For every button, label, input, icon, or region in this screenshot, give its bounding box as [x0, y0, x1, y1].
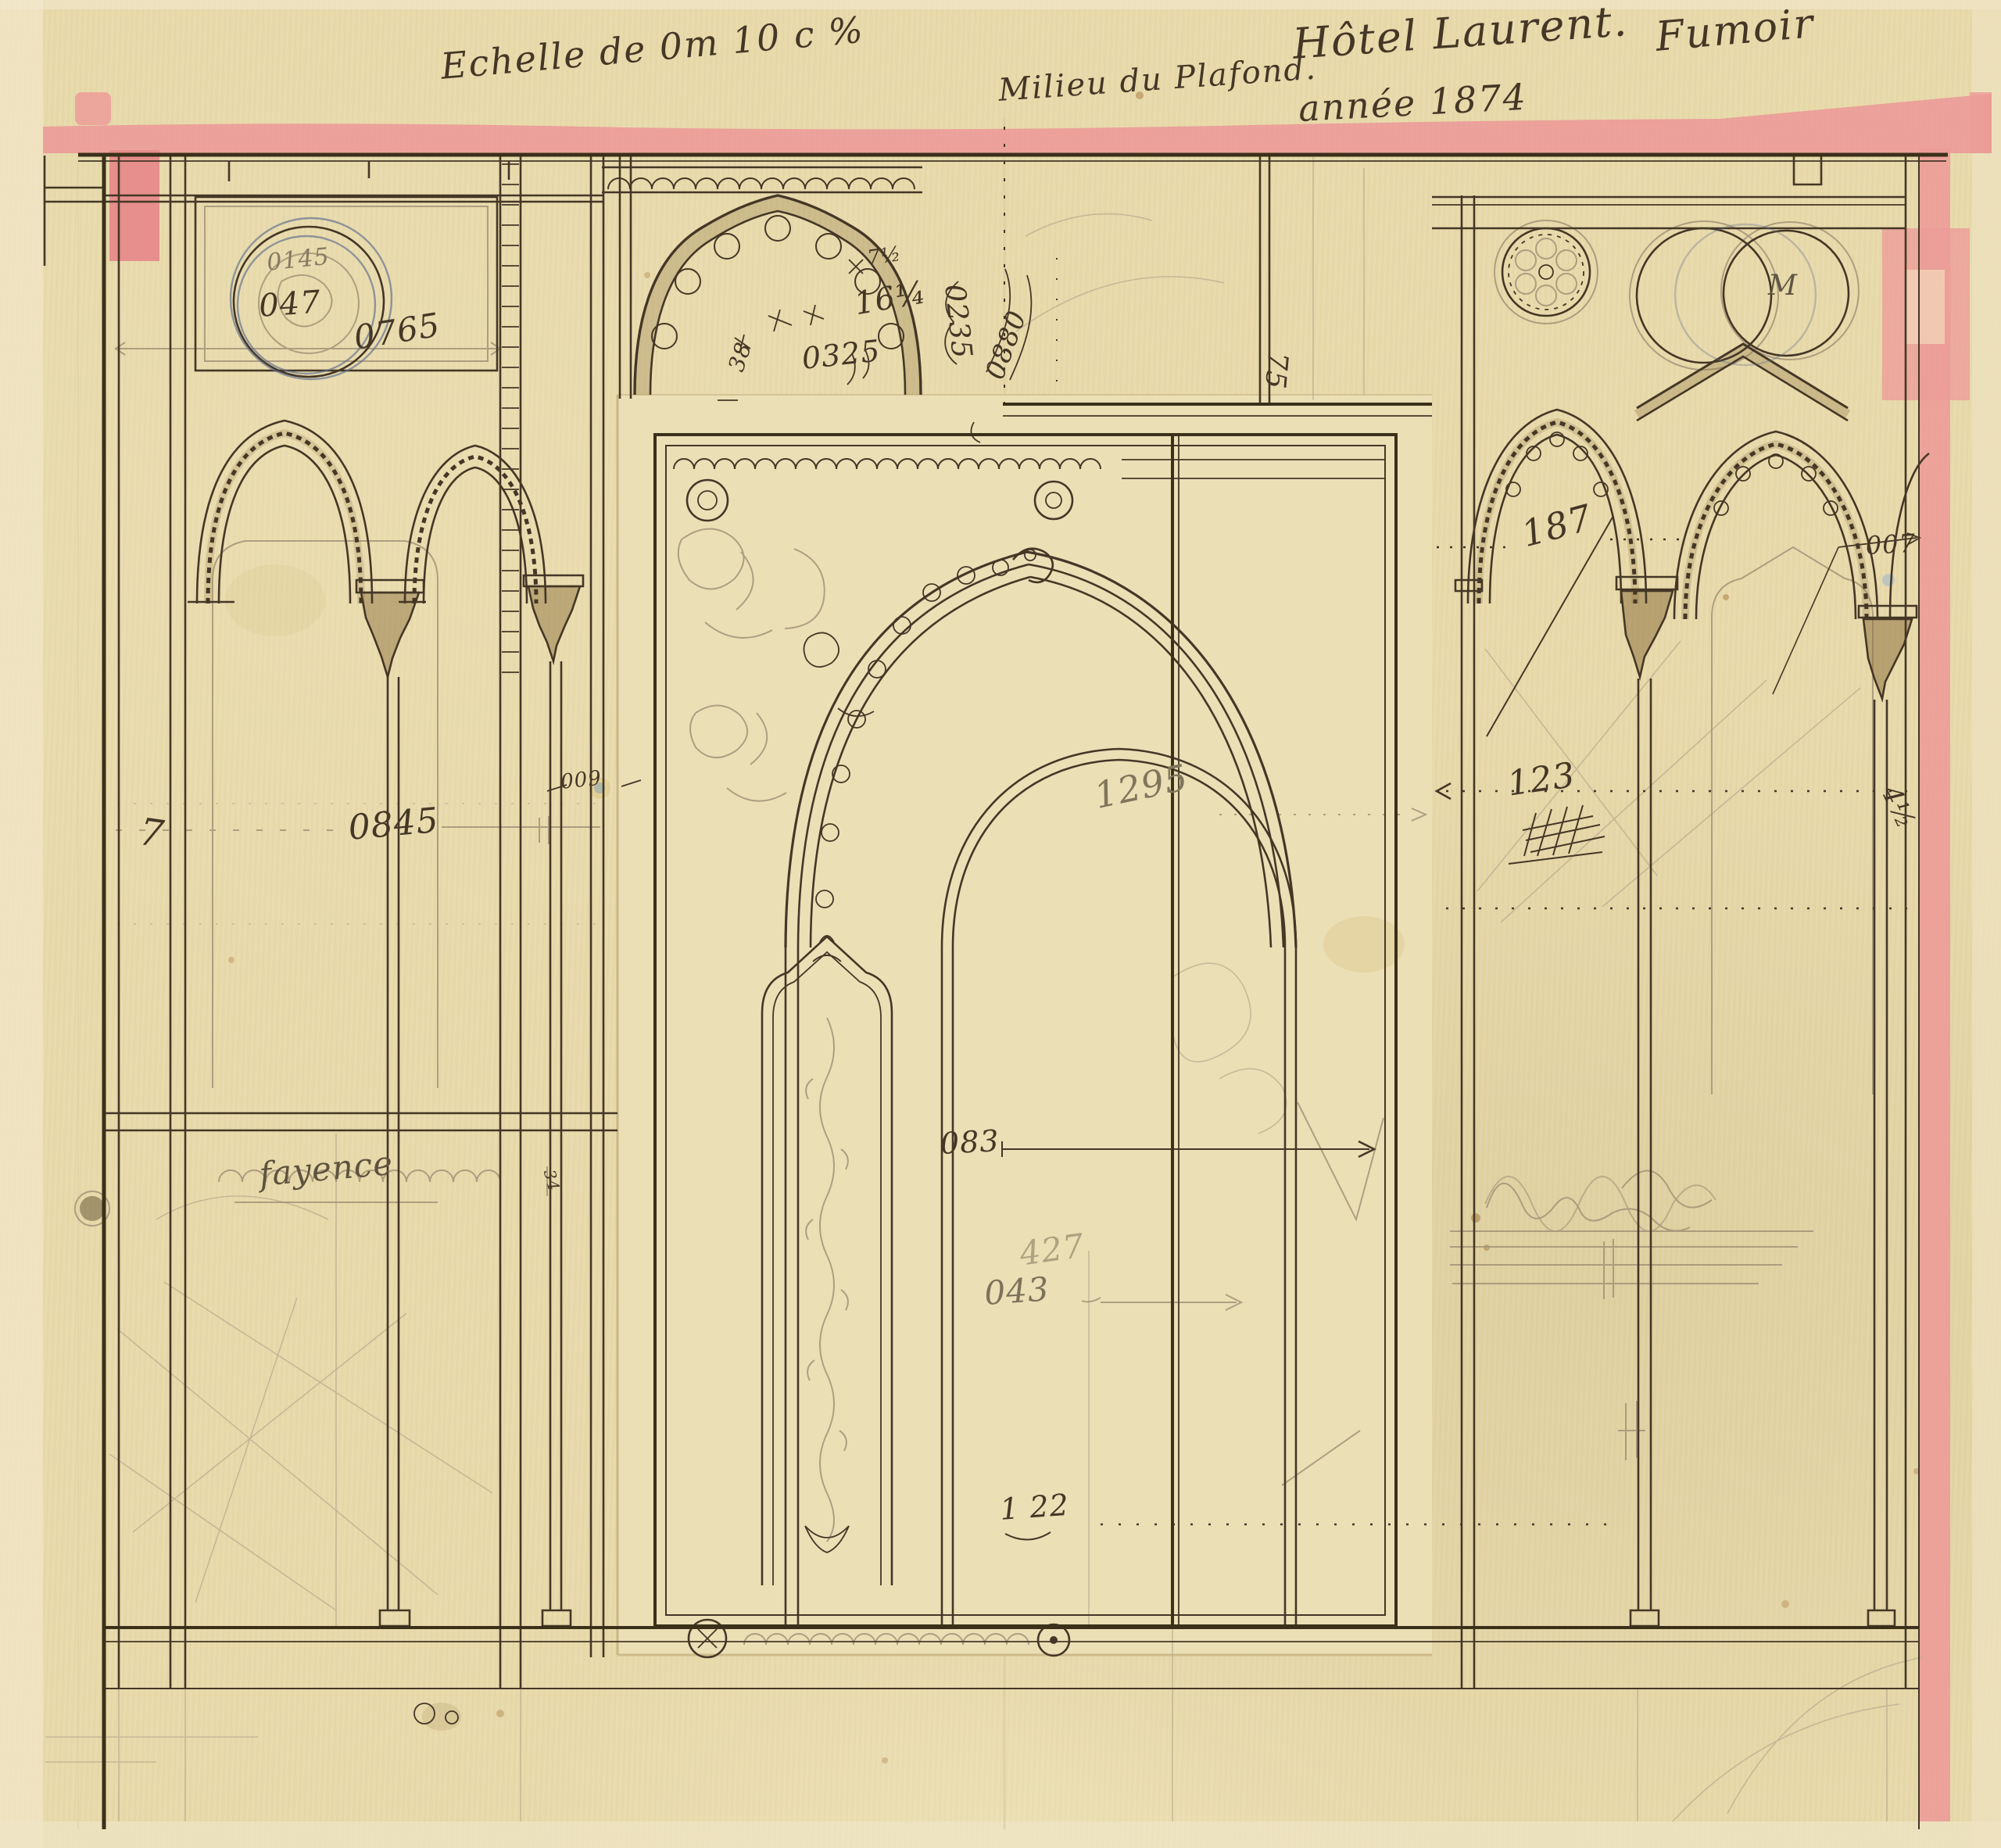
linework-svg — [0, 0, 2001, 1848]
dim-043: 043 — [983, 1273, 1051, 1310]
dim-122: 1 22 — [999, 1490, 1070, 1524]
dim-427: 427 — [1018, 1229, 1086, 1270]
dim-7: 7 — [137, 813, 166, 854]
year-note: année 1874 — [1298, 79, 1528, 127]
dim-007: 007 — [1865, 531, 1917, 558]
dim-009: 009 — [560, 768, 603, 792]
dim-083: 083 — [940, 1126, 1000, 1159]
dim-0325: 0325 — [800, 335, 882, 373]
dim-0235: 0235 — [940, 283, 975, 360]
dim-7half: 7½ — [866, 244, 903, 269]
dim-0845: 0845 — [347, 804, 440, 846]
drawing-sheet: Echelle de 0m 10 c % Hôtel Laurent. Fumo… — [0, 0, 2001, 1848]
dim-123: 123 — [1505, 758, 1577, 802]
dim-34: 34 — [542, 1168, 562, 1193]
dim-047: 047 — [258, 286, 322, 321]
dim-0145: 0145 — [266, 245, 331, 275]
monogram-m: M — [1768, 272, 1798, 300]
dim-75: 75 — [1260, 351, 1291, 391]
